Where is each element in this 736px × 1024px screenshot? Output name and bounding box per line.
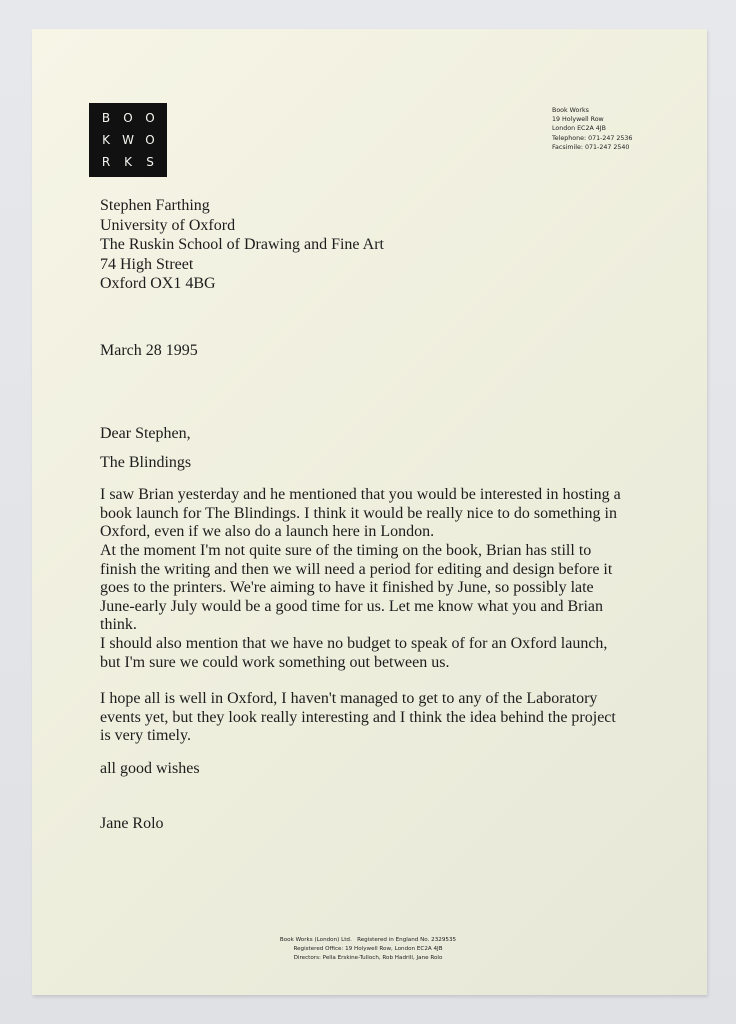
sender-address: Book Works 19 Holywell Row London EC2A 4… — [552, 106, 632, 152]
greeting: Dear Stephen, — [100, 425, 660, 444]
recipient-line: University of Oxford — [100, 216, 384, 236]
logo-letter: W — [117, 133, 139, 147]
paragraph-2: I hope all is well in Oxford, I haven't … — [100, 690, 660, 746]
body-line: June-early July would be a good time for… — [100, 598, 660, 617]
body-line: finish the writing and then we will need… — [100, 561, 660, 580]
sender-telephone: Telephone: 071-247 2536 — [552, 134, 632, 143]
recipient-address: Stephen Farthing University of Oxford Th… — [100, 196, 384, 294]
company-footer: Book Works (London) Ltd. Registered in E… — [0, 936, 736, 963]
recipient-line: Oxford OX1 4BG — [100, 274, 384, 294]
closing: all good wishes — [100, 760, 660, 779]
body-line: I saw Brian yesterday and he mentioned t… — [100, 486, 660, 505]
logo-letter: B — [95, 111, 117, 125]
paragraph-1: I saw Brian yesterday and he mentioned t… — [100, 486, 660, 672]
logo-letter: R — [95, 155, 117, 169]
body-line: events yet, but they look really interes… — [100, 709, 660, 728]
book-works-logo: B O O K W O R K S — [89, 103, 167, 177]
body-line: is very timely. — [100, 727, 660, 746]
subject-line: The Blindings — [100, 454, 660, 473]
recipient-line: The Ruskin School of Drawing and Fine Ar… — [100, 235, 384, 255]
recipient-name: Stephen Farthing — [100, 196, 384, 216]
logo-letter: S — [139, 155, 161, 169]
logo-letter: O — [117, 111, 139, 125]
body-line: Oxford, even if we also do a launch here… — [100, 523, 660, 542]
logo-letter: K — [117, 155, 139, 169]
sender-line: 19 Holywell Row — [552, 115, 632, 124]
sender-facsimile: Facsimile: 071-247 2540 — [552, 143, 632, 152]
signature: Jane Rolo — [100, 815, 660, 834]
body-line: book launch for The Blindings. I think i… — [100, 505, 660, 524]
recipient-line: 74 High Street — [100, 255, 384, 275]
logo-letter: K — [95, 133, 117, 147]
sender-line: London EC2A 4JB — [552, 124, 632, 133]
body-line: think. — [100, 616, 660, 635]
body-line: but I'm sure we could work something out… — [100, 654, 660, 673]
sender-line: Book Works — [552, 106, 632, 115]
body-line: goes to the printers. We're aiming to ha… — [100, 579, 660, 598]
letter-date: March 28 1995 — [100, 341, 198, 361]
body-line: I hope all is well in Oxford, I haven't … — [100, 690, 660, 709]
body-line: At the moment I'm not quite sure of the … — [100, 542, 660, 561]
body-line: I should also mention that we have no bu… — [100, 635, 660, 654]
logo-letter: O — [139, 133, 161, 147]
footer-line: Book Works (London) Ltd. Registered in E… — [0, 936, 736, 945]
footer-line: Directors: Pella Erskine-Tulloch, Rob Ha… — [0, 954, 736, 963]
letter-body: Dear Stephen, The Blindings I saw Brian … — [100, 425, 660, 833]
logo-letter: O — [139, 111, 161, 125]
footer-line: Registered Office: 19 Holywell Row, Lond… — [0, 945, 736, 954]
